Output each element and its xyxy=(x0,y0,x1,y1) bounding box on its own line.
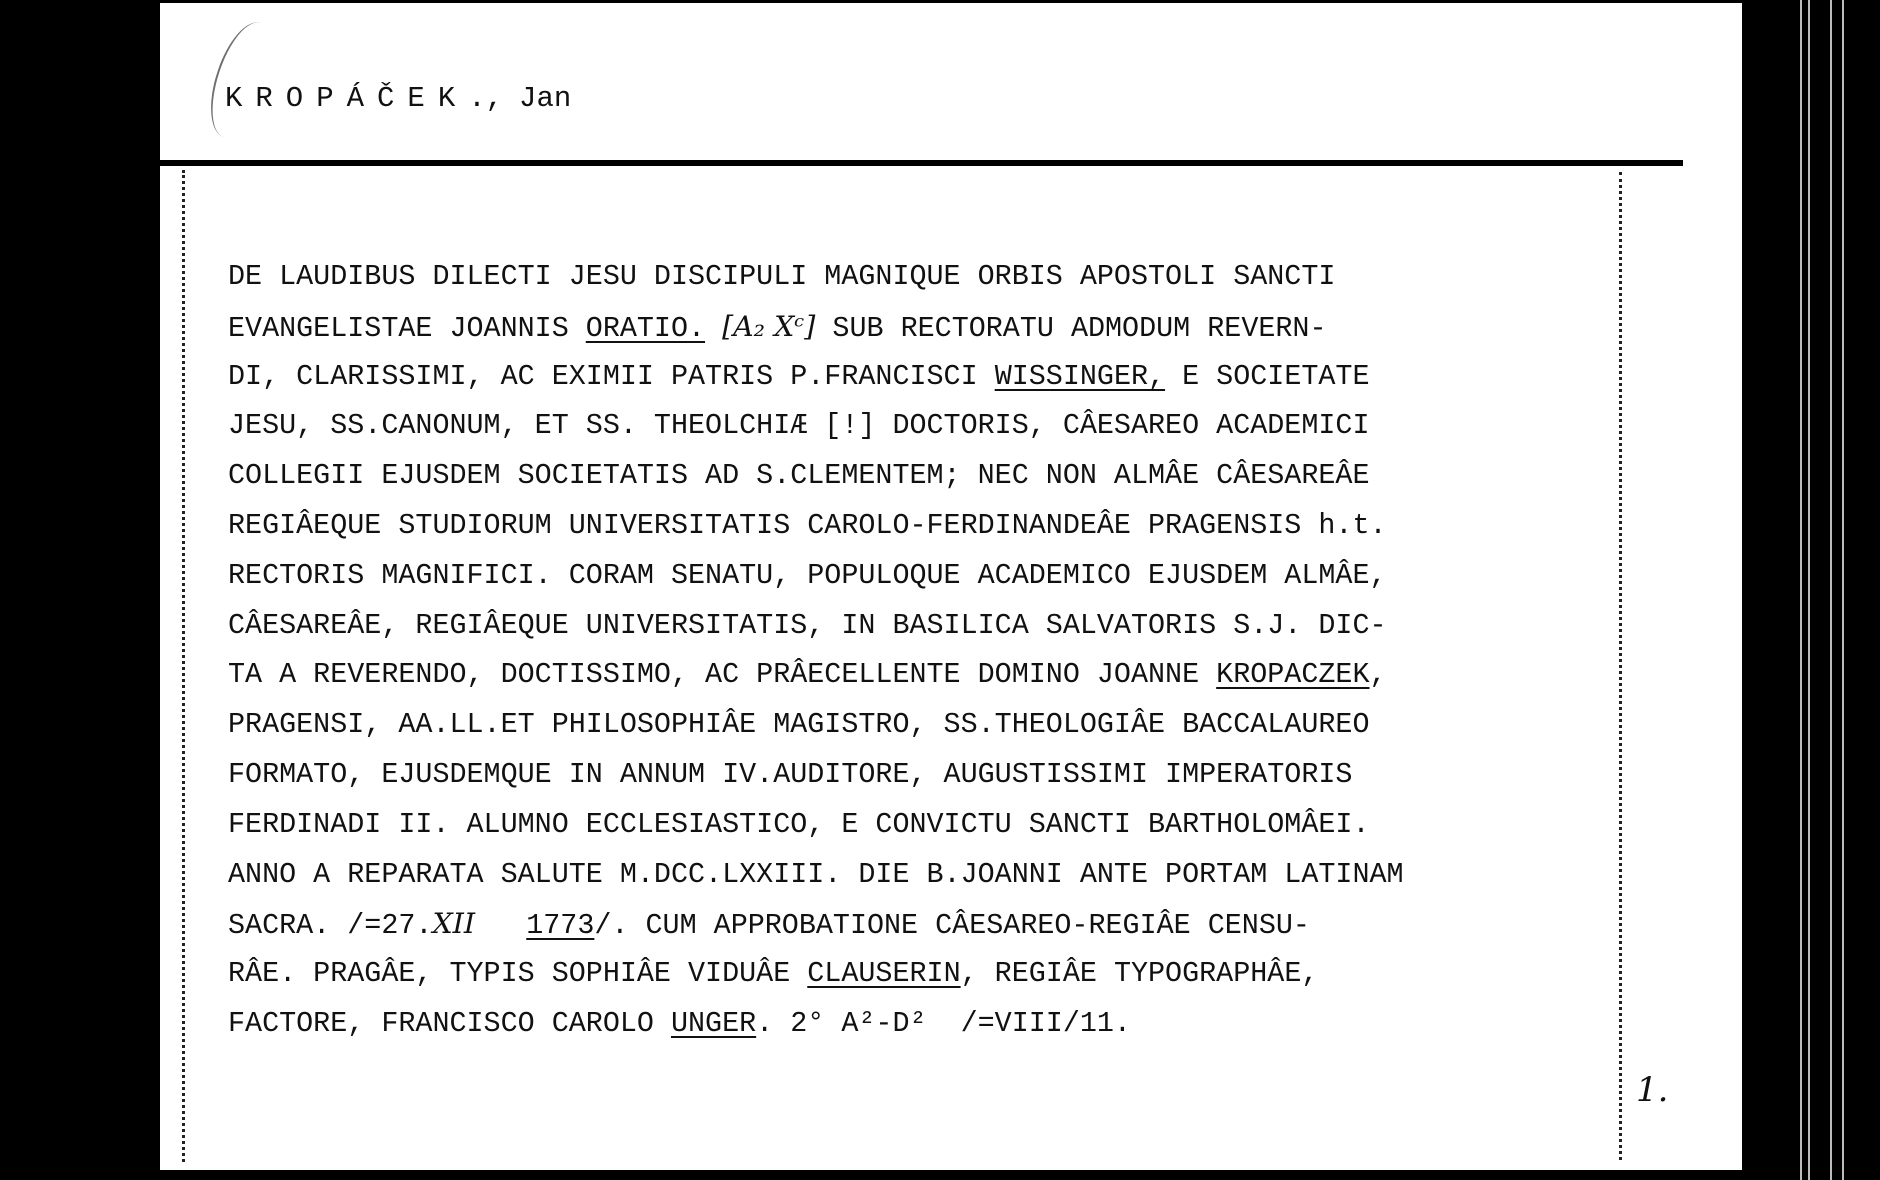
heading-separator: ., xyxy=(468,82,503,115)
text-segment: COLLEGII EJUSDEM SOCIETATIS AD S.CLEMENT… xyxy=(228,459,1370,492)
text-segment: RECTORIS MAGNIFICI. CORAM SENATU, POPULO… xyxy=(228,559,1387,592)
text-segment xyxy=(475,909,526,942)
underlined-name: 1773 xyxy=(526,909,594,942)
scan-artifact-line xyxy=(1830,0,1832,1180)
text-segment: FACTORE, FRANCISCO CAROLO xyxy=(228,1007,671,1040)
text-line: RÂE. PRAGÂE, TYPIS SOPHIÂE VIDUÂE CLAUSE… xyxy=(228,949,1628,999)
handwritten-annotation: XII xyxy=(432,907,475,940)
text-segment: , REGIÂE TYPOGRAPHÂE, xyxy=(961,957,1319,990)
text-line: SACRA. /=27.XII 1773/. CUM APPROBATIONE … xyxy=(228,899,1628,949)
text-line: REGIÂEQUE STUDIORUM UNIVERSITATIS CAROLO… xyxy=(228,501,1628,551)
text-segment: DI, CLARISSIMI, AC EXIMII PATRIS P.FRANC… xyxy=(228,360,995,393)
text-segment xyxy=(705,312,722,345)
text-segment: JESU, SS.CANONUM, ET SS. THEOLCHIÆ [!] D… xyxy=(228,409,1370,442)
text-line: CÂESAREÂE, REGIÂEQUE UNIVERSITATIS, IN B… xyxy=(228,601,1628,651)
author-given-name: Jan xyxy=(519,82,571,115)
text-line: DE LAUDIBUS DILECTI JESU DISCIPULI MAGNI… xyxy=(228,252,1628,302)
text-line: FACTORE, FRANCISCO CAROLO UNGER. 2° A²-D… xyxy=(228,999,1628,1049)
text-segment: CÂESAREÂE, REGIÂEQUE UNIVERSITATIS, IN B… xyxy=(228,609,1387,642)
author-surname: KROPÁČEK xyxy=(225,82,468,115)
scan-artifact-line xyxy=(1808,0,1810,1180)
text-line: ANNO A REPARATA SALUTE M.DCC.LXXIII. DIE… xyxy=(228,850,1628,900)
left-margin-line xyxy=(182,170,185,1162)
text-line: RECTORIS MAGNIFICI. CORAM SENATU, POPULO… xyxy=(228,551,1628,601)
scan-artifact-line xyxy=(1842,0,1844,1180)
text-line: FERDINADI II. ALUMNO ECCLESIASTICO, E CO… xyxy=(228,800,1628,850)
underlined-name: KROPACZEK xyxy=(1216,658,1369,691)
text-segment: E SOCIETATE xyxy=(1165,360,1369,393)
text-segment: REGIÂEQUE STUDIORUM UNIVERSITATIS CAROLO… xyxy=(228,509,1387,542)
text-segment: . 2° A²-D² /=VIII/11. xyxy=(756,1007,1131,1040)
text-line: DI, CLARISSIMI, AC EXIMII PATRIS P.FRANC… xyxy=(228,352,1628,402)
text-segment: SACRA. /=27. xyxy=(228,909,432,942)
text-segment: RÂE. PRAGÂE, TYPIS SOPHIÂE VIDUÂE xyxy=(228,957,807,990)
text-segment: PRAGENSI, AA.LL.ET PHILOSOPHIÂE MAGISTRO… xyxy=(228,708,1370,741)
text-line: EVANGELISTAE JOANNIS ORATIO. [A₂ Xᶜ] SUB… xyxy=(228,302,1628,352)
text-segment: TA A REVERENDO, DOCTISSIMO, AC PRÂECELLE… xyxy=(228,658,1216,691)
text-segment: DE LAUDIBUS DILECTI JESU DISCIPULI MAGNI… xyxy=(228,260,1335,293)
underlined-name: CLAUSERIN xyxy=(807,957,960,990)
text-segment: FORMATO, EJUSDEMQUE IN ANNUM IV.AUDITORE… xyxy=(228,758,1352,791)
underlined-name: UNGER xyxy=(671,1007,756,1040)
text-line: FORMATO, EJUSDEMQUE IN ANNUM IV.AUDITORE… xyxy=(228,750,1628,800)
text-line: COLLEGII EJUSDEM SOCIETATIS AD S.CLEMENT… xyxy=(228,451,1628,501)
handwritten-annotation: [A₂ Xᶜ] xyxy=(722,310,815,343)
bibliographic-description: DE LAUDIBUS DILECTI JESU DISCIPULI MAGNI… xyxy=(228,252,1628,1049)
card-page-number: 1. xyxy=(1636,1070,1668,1110)
text-segment: /. CUM APPROBATIONE CÂESAREO-REGIÂE CENS… xyxy=(594,909,1310,942)
text-line: TA A REVERENDO, DOCTISSIMO, AC PRÂECELLE… xyxy=(228,650,1628,700)
card-heading: KROPÁČEK.,Jan xyxy=(225,82,571,115)
text-segment: , xyxy=(1370,658,1387,691)
underlined-name: WISSINGER, xyxy=(995,360,1165,393)
text-line: PRAGENSI, AA.LL.ET PHILOSOPHIÂE MAGISTRO… xyxy=(228,700,1628,750)
text-line: JESU, SS.CANONUM, ET SS. THEOLCHIÆ [!] D… xyxy=(228,401,1628,451)
text-segment: ANNO A REPARATA SALUTE M.DCC.LXXIII. DIE… xyxy=(228,858,1404,891)
scan-artifact-line xyxy=(1800,0,1802,1180)
text-segment: EVANGELISTAE JOANNIS xyxy=(228,312,586,345)
underlined-name: ORATIO. xyxy=(586,312,705,345)
text-segment: SUB RECTORATU ADMODUM REVERN- xyxy=(815,312,1326,345)
text-segment: FERDINADI II. ALUMNO ECCLESIASTICO, E CO… xyxy=(228,808,1370,841)
heading-divider xyxy=(160,160,1683,166)
